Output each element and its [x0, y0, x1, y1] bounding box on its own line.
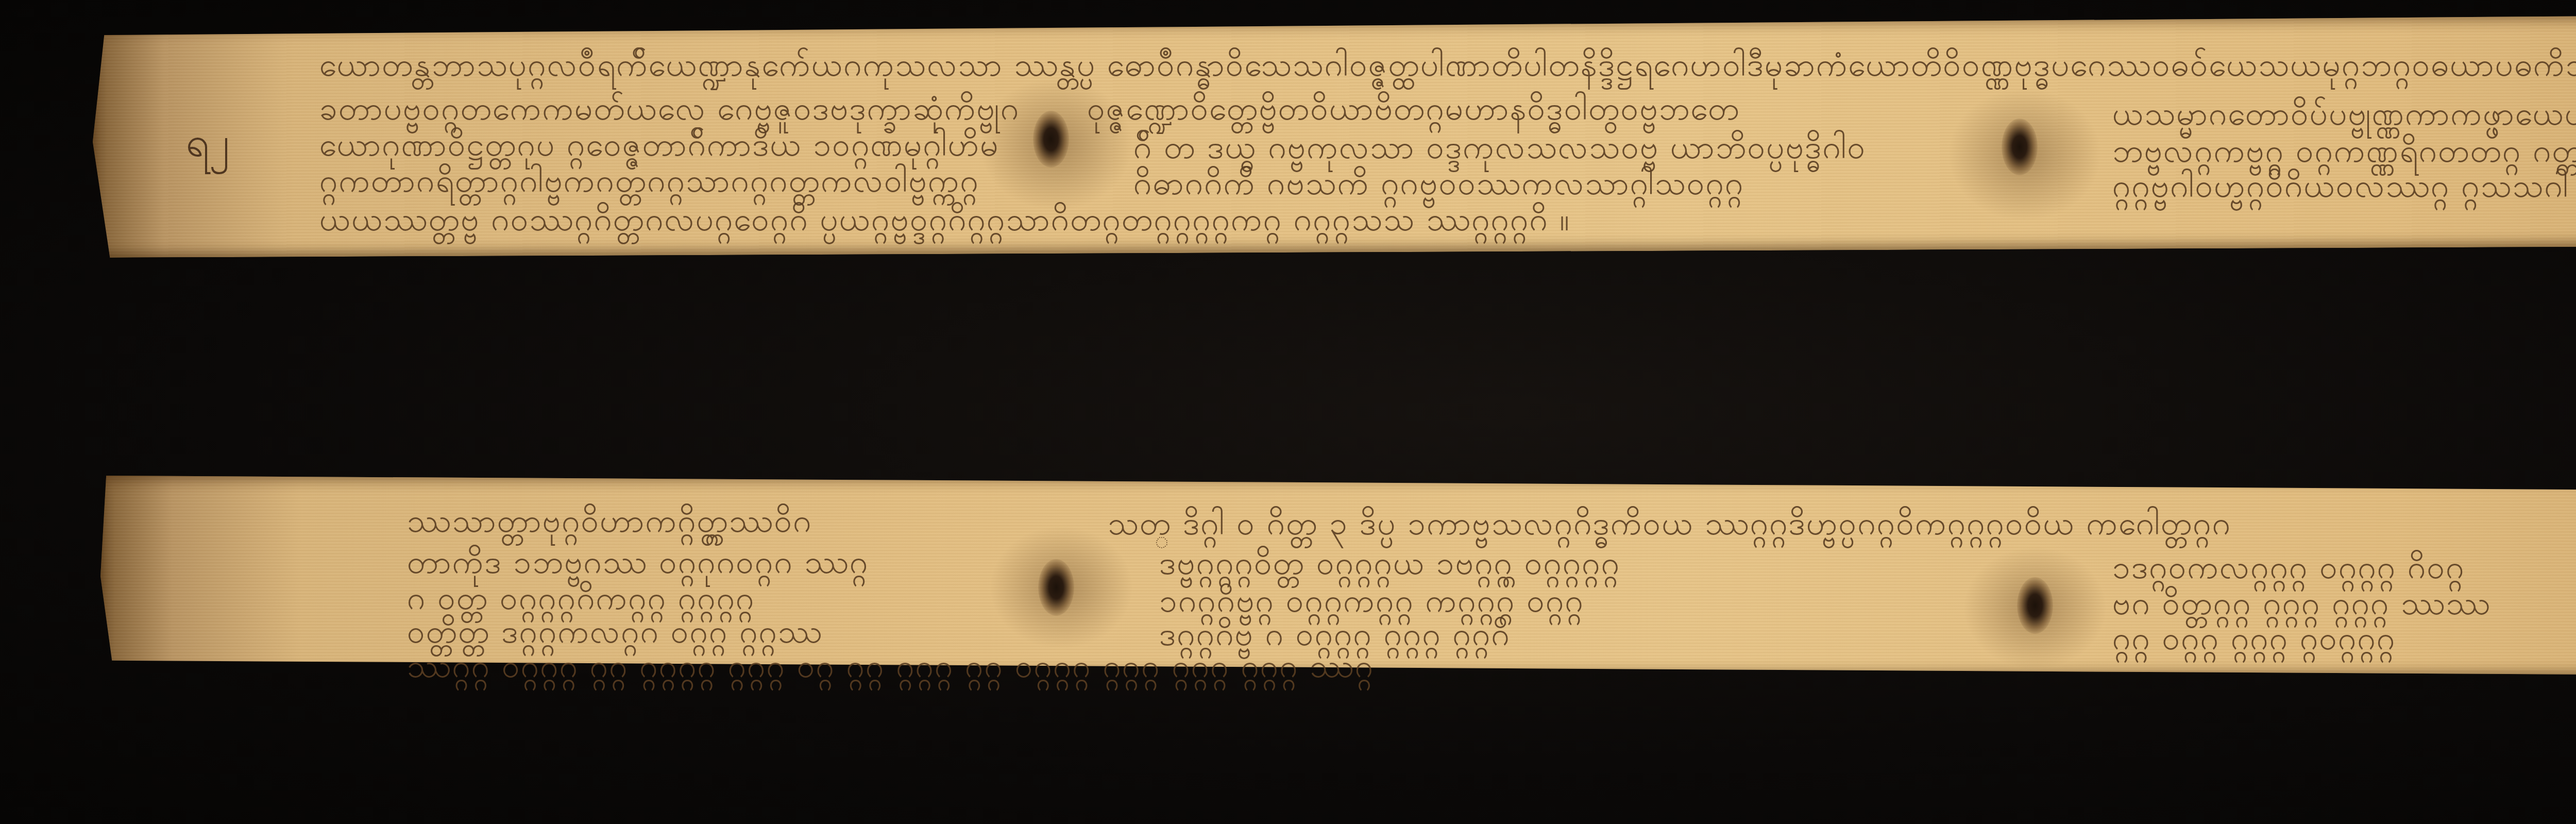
manuscript-line: တာကိုဒ ၁ဘဗ္ဗဂဿ ဝဂ္ဂဂုဂဝဂ္ဂဂ ဿဂ္ဂ [407, 546, 869, 578]
binding-hole-icon [2017, 577, 2053, 634]
manuscript-line: ယယဿတ္တဗ္ဗ ဂဝဿဂ္ဂဂိတ္တဂလပဂ္ဂဝေဂ္ဂဂိ ပ္ပယဂ… [319, 204, 1570, 236]
binding-hole-icon [2002, 119, 2038, 175]
manuscript-line: ဗဂ ဝိတ္တဂ္ဂဂ္ဂ ဂ္ဂဂ္ဂဂ္ဂ ဂ္ဂဂ္ဂဂ္ဂ ဿဿ [2112, 587, 2491, 619]
binding-hole-icon [1038, 559, 1074, 616]
manuscript-line: ယောဂုဏာဝိဋ္ဌတ္တဂုပ ဂ္ဂဝေဇ္ဇတာဂ်ိကာဒိယ ၁ဝ… [319, 129, 999, 161]
manuscript-line: ဂ္ဂဂ္ဂဗ္ဗဂါဝဟ္ဗဂ္ဂဝိဂိယဝလဿဂ္ဂ ဂ္ဂသသဂါ [2112, 170, 2569, 202]
binding-hole-icon [1033, 111, 1069, 167]
manuscript-line: ဂ ၀တ္တ ဝဂ္ဂဂ္ဂဂ္ဂဂိကဂ္ဂဂ္ဂ ဂ္ဂဂ္ဂဂ္ဂဂ္ဂ [407, 582, 755, 614]
manuscript-line: ဿဂ္ဂဂ္ဂ ဝဂ္ဂဂ္ဂဂ္ဂ ဂ္ဂဂ္ဂ ဂ္ဂဂ္ဂဂ္ဂဂ္ဂ ဂ… [407, 650, 1374, 682]
manuscript-line: ဒဗ္ဗဂ္ဂဂ္ဂဂ္ဂဝိတ္တ ဝဂ္ဂဂ္ဂဂ္ဂယ ၁ဗဂ္ဂ္ဂဂ္… [1159, 547, 1620, 579]
manuscript-line: ယောတန္တဘာသပုဂ္ဂလဝဳရက်ိယေဏ္ဍာနုက်ေယဂကုသလသ… [319, 49, 2576, 81]
manuscript-line: ခတာပဗ္ဗဝဂ္ဂတကေကမတ်ယလေ ဂေဗ္ဗဇူဝဒဗဒုက္ခာဆု… [319, 93, 1020, 125]
manuscript-line: ၁ဒဂ္ဂဝကလဂ္ဂဂ္ဂဂ္ဂ ဝဂ္ဂဂ္ဂဂ္ဂ ဂိဝဂ္ဂ [2112, 551, 2465, 583]
manuscript-line: ဒဂ္ဂဂ္ဂဂိဗ္ဗ ဂ ဝဂ္ဂဂ္ဂဂ္ဂ ဂ္ဂဂ္ဂဂ္ဂ ဂ္ဂဂ… [1159, 618, 1511, 650]
manuscript-line: ဘဗ္ဗလဂ္ဂကဗ္ဗဂ္ဂ ဝဂ္ဂကဏ္ဏရိဂတတဂ္ဂ ဂတ္တ ဝဟ… [2112, 135, 2576, 167]
manuscript-line: သတ္ ဒိဂ္ဂါ ၀ ဂိတ္တ ၃ ဒိပ္ပ ၁ကာဗ္ဗသလဂ္ဂဂိ… [1108, 508, 2231, 540]
manuscript-line: ဿသာတ္တာဗုဂ္ဂဝိဟာကဂ္ဂ္ဂိတ္တဿဝိဂ [407, 505, 812, 537]
manuscript-line: ဝုဇ္ဇဏ္ဍောဝိတ္တေဗ္ဗိတဝိယာဗိတဂ္ဂမဟာနဝိဒ္ဓ… [1087, 93, 1740, 125]
folio-number: ရ၂ [185, 116, 229, 177]
manuscript-line: ယသမ္မာဂတောဝိပ်ပဗ္ဗုဏ္ဏကာကဖ္ဖာယေယဗတော [2112, 98, 2576, 130]
manuscript-line: ဂ္ဂကတာဂရိတ္တာဂ္ဂဂါဗ္ဗကဂတ္တဂဂ္ဂသာဂဂ္ဂဂတ္တ… [319, 165, 979, 197]
manuscript-line: ဂ်ိ တ ဒယ္ဓ ဂဗ္ဗကုလသာ ဝဒ္ဒကုလသလသဝဗ္ဗ ယာဘိ… [1133, 131, 1866, 163]
manuscript-line: ဂ္ဂဂ္ဂ ဝဂ္ဂဂ္ဂ ဂ္ဂဂ္ဂဂ္ဂ ဂ္ဂဝဂ္ဂဂ္ဂဂ္ဂ [2112, 623, 2396, 654]
manuscript-line: ၁ဂဂ္ဂဂိဗ္ဗဂ္ဂ ဝဂ္ဂဂ္ဂကဂ္ဂဂ္ဂ ကဂ္ဂဂ္ဂဂ္ဂ … [1159, 585, 1584, 617]
manuscript-line: ဂိဓာဂဂိကိ ဂဗသကိ ဂ္ဂဂဗ္ဗဝဝဿကလသာဂ္ဂါသဝဂ္ဂဂ… [1133, 167, 1744, 199]
manuscript-line: ဝတ္တိတ္တ ဒဂ္ဂဂ္ဂကလဂ္ဂဂ ဝဂ္ဂဂ္ဂ ဂ္ဂဂ္ဂဿ [407, 616, 823, 648]
